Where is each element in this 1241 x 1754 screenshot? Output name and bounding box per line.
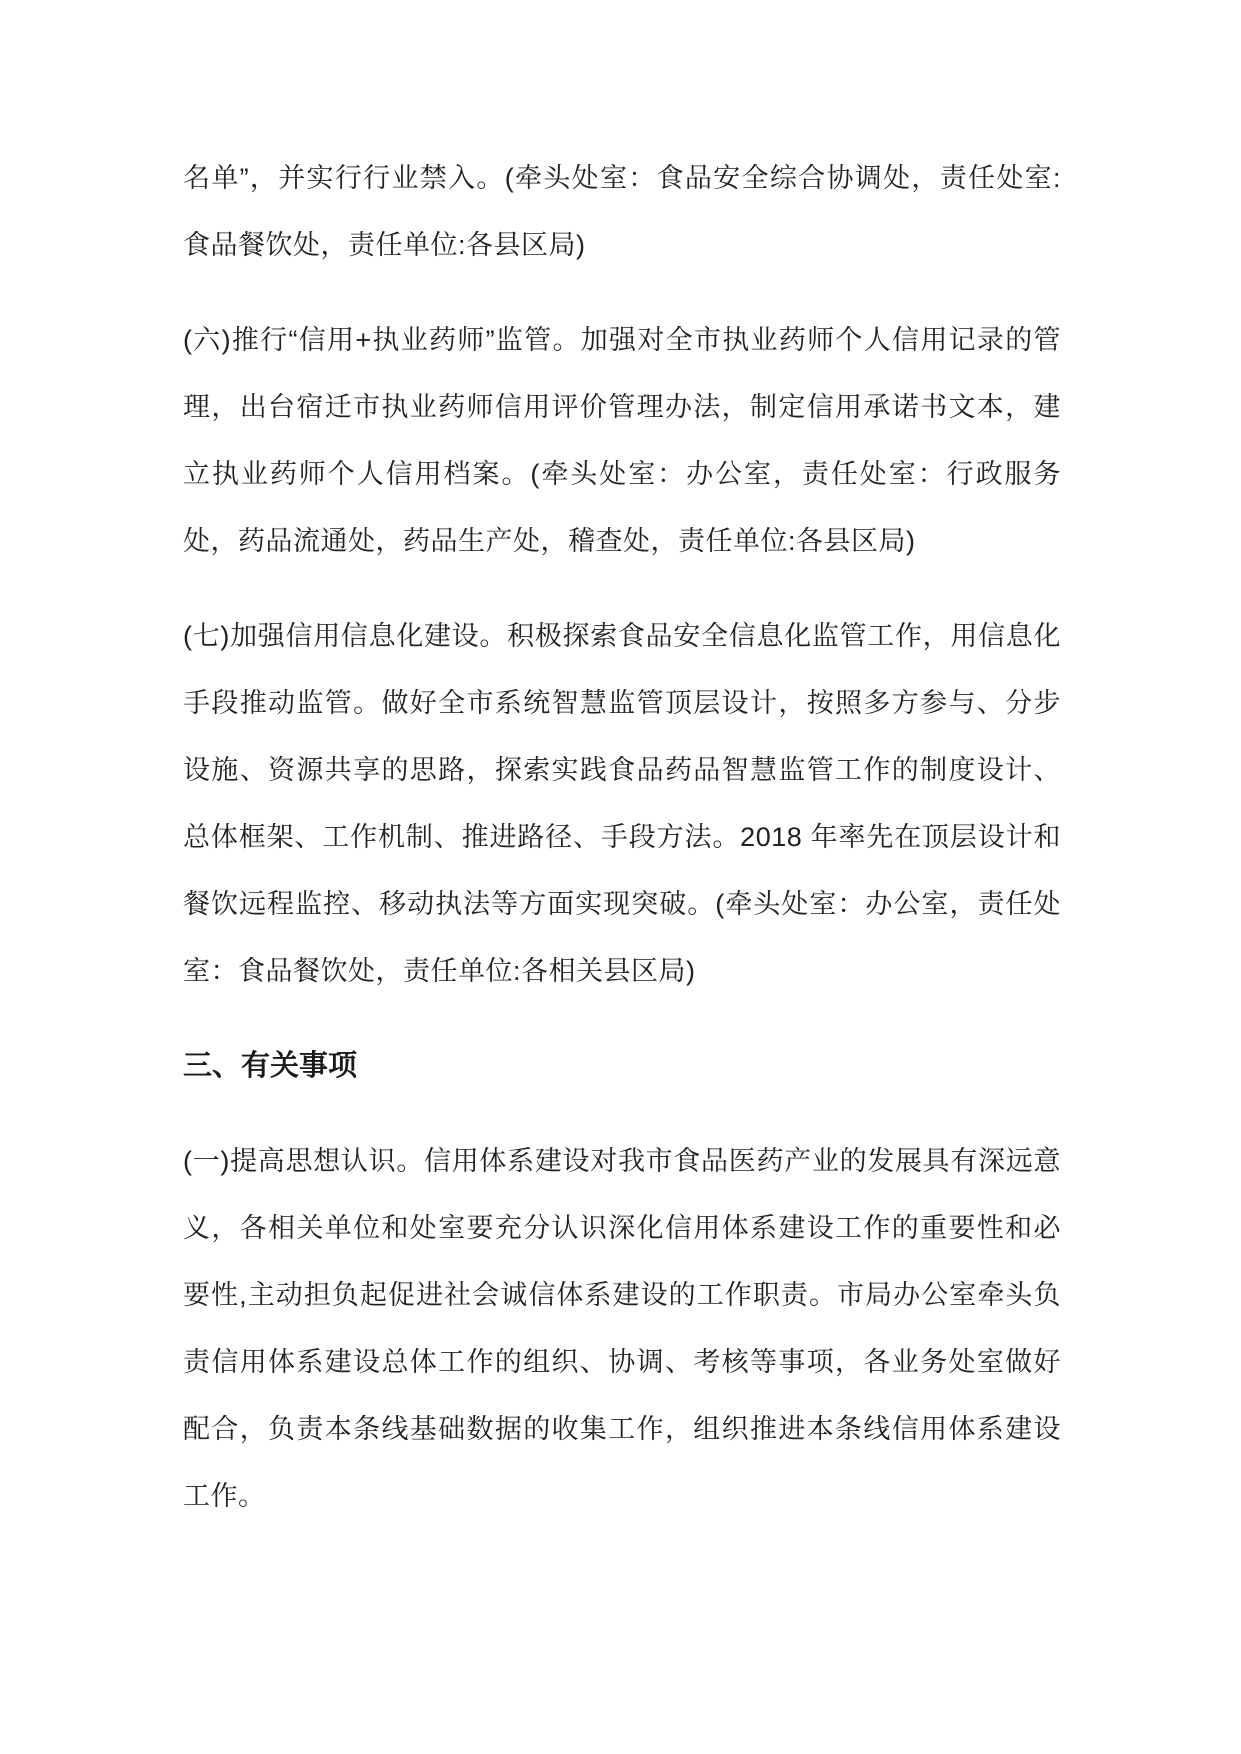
section-three-heading: 三、有关事项	[183, 1033, 1061, 1100]
paragraph-item-six: (六)推行“信用+执业药师”监管。加强对全市执业药师个人信用记录的管理，出台宿迁…	[183, 307, 1061, 575]
paragraph-item-one: (一)提高思想认识。信用体系建设对我市食品医药产业的发展具有深远意义，各相关单位…	[183, 1128, 1061, 1530]
document-page: 名单”，并实行行业禁入。(牵头处室：食品安全综合协调处，责任处室:食品餐饮处，责…	[0, 0, 1241, 1754]
paragraph-item-seven: (七)加强信用信息化建设。积极探索食品安全信息化监管工作，用信息化手段推动监管。…	[183, 603, 1061, 1005]
paragraph-continuation: 名单”，并实行行业禁入。(牵头处室：食品安全综合协调处，责任处室:食品餐饮处，责…	[183, 145, 1061, 279]
